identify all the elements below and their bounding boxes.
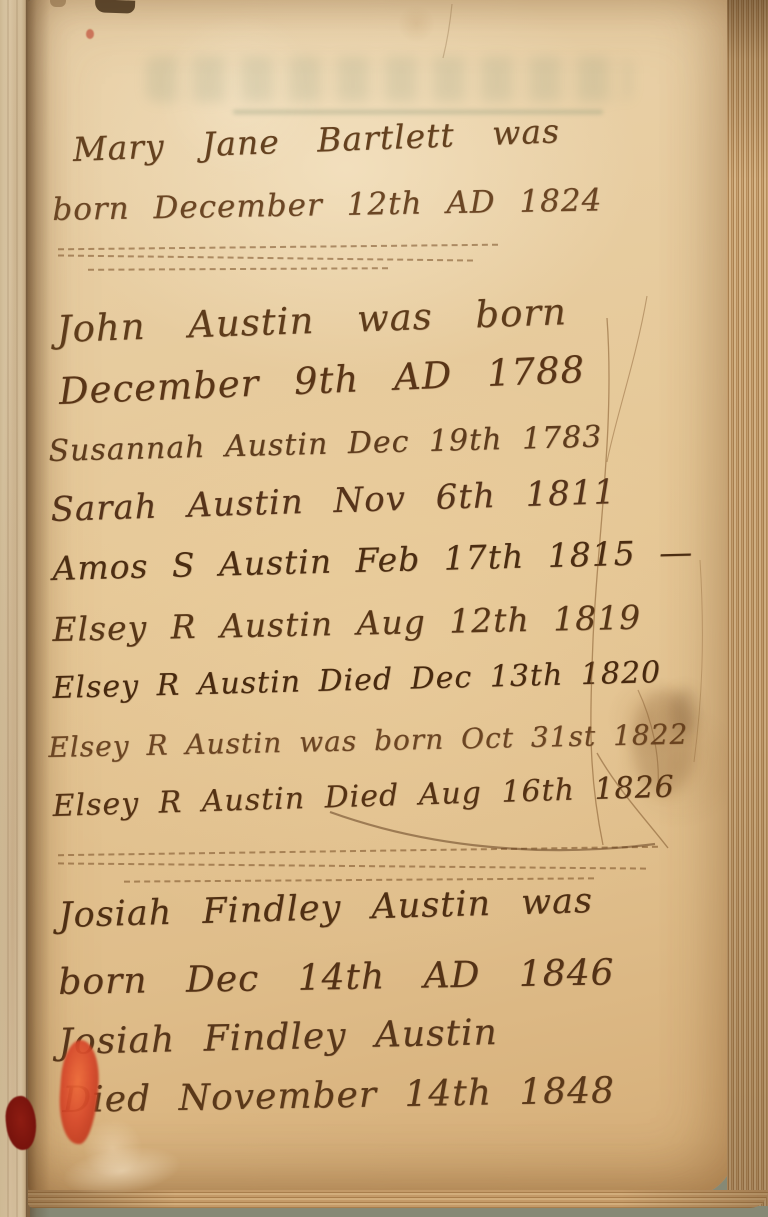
handwriting-line: Elsey R Austin Aug 12th 1819 [52, 598, 642, 649]
handwriting-line: Elsey R Austin was born Oct 31st 1822 [48, 718, 689, 764]
dash-rule [124, 877, 594, 882]
binding-notch [95, 0, 135, 14]
handwriting-line: Mary Jane Bartlett was [72, 111, 561, 169]
handwriting-line: Sarah Austin Nov 6th 1811 [50, 472, 617, 530]
dash-rule [58, 244, 498, 251]
handwriting-line: Josiah Findley Austin [58, 1012, 498, 1063]
dashed-divider [58, 850, 678, 881]
book-page: Mary Jane Bartlett was born December 12t… [28, 0, 734, 1196]
dash-rule [58, 254, 473, 261]
page-edge-bottom [28, 1190, 768, 1208]
handwriting-line: Josiah Findley Austin was [58, 881, 593, 936]
dashed-divider [58, 246, 498, 270]
dash-rule [88, 267, 388, 271]
binding-gutter-shadow [26, 0, 50, 1217]
handwriting-line: born Dec 14th AD 1846 [58, 952, 615, 1003]
dash-rule [58, 862, 646, 869]
handwriting-line: Amos S Austin Feb 17th 1815 — [52, 532, 694, 588]
printed-bleed-through-ghost [146, 56, 632, 102]
handwriting-line: Susannah Austin Dec 19th 1783 [48, 419, 603, 468]
handwriting-line: December 9th AD 1788 [58, 348, 586, 413]
handwriting-line: Elsey R Austin Died Dec 13th 1820 [52, 655, 662, 706]
handwriting-line: John Austin was born [56, 290, 568, 351]
red-ink-speck [86, 29, 94, 39]
handwriting-line: Died November 14th 1848 [62, 1070, 615, 1121]
scanned-book-page: Mary Jane Bartlett was born December 12t… [0, 0, 768, 1217]
handwriting-line: Elsey R Austin Died Aug 16th 1826 [52, 769, 675, 824]
handwriting-line: born December 12th AD 1824 [52, 182, 603, 228]
dash-rule [58, 846, 658, 856]
page-edge-stack [727, 0, 768, 1206]
